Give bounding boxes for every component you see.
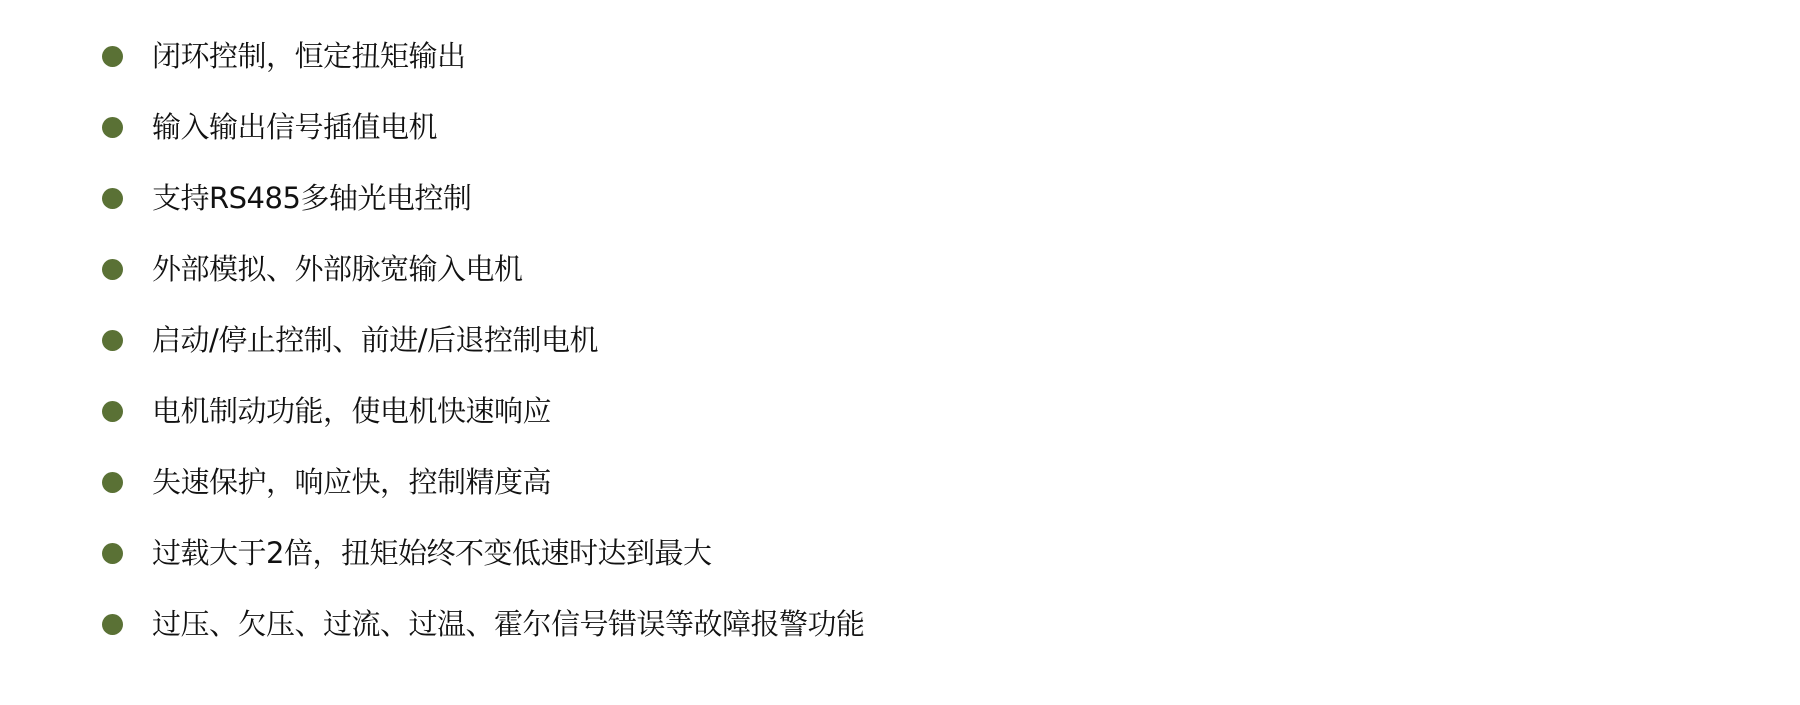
feature-text: 闭环控制，恒定扭矩输出 bbox=[152, 26, 466, 86]
feature-text: 输入输出信号插值电机 bbox=[152, 97, 437, 157]
bullet-dot-icon bbox=[102, 46, 123, 67]
feature-text: 启动/停止控制、前进/后退控制电机 bbox=[152, 310, 598, 370]
feature-text: 过载大于2倍，扭矩始终不变低速时达到最大 bbox=[152, 523, 711, 583]
bullet-dot-icon bbox=[102, 401, 123, 422]
bullet-dot-icon bbox=[102, 543, 123, 564]
feature-text: 电机制动功能，使电机快速响应 bbox=[152, 381, 551, 441]
bullet-dot-icon bbox=[102, 614, 123, 635]
bullet-dot-icon bbox=[102, 330, 123, 351]
bullet-dot-icon bbox=[102, 188, 123, 209]
feature-text: 失速保护，响应快，控制精度高 bbox=[152, 452, 551, 512]
feature-text: 外部模拟、外部脉宽输入电机 bbox=[152, 239, 523, 299]
bullet-dot-icon bbox=[102, 259, 123, 280]
bullet-dot-icon bbox=[102, 472, 123, 493]
feature-text: 过压、欠压、过流、过温、霍尔信号错误等故障报警功能 bbox=[152, 594, 865, 654]
bullet-dot-icon bbox=[102, 117, 123, 138]
feature-text: 支持RS485多轴光电控制 bbox=[152, 168, 471, 228]
